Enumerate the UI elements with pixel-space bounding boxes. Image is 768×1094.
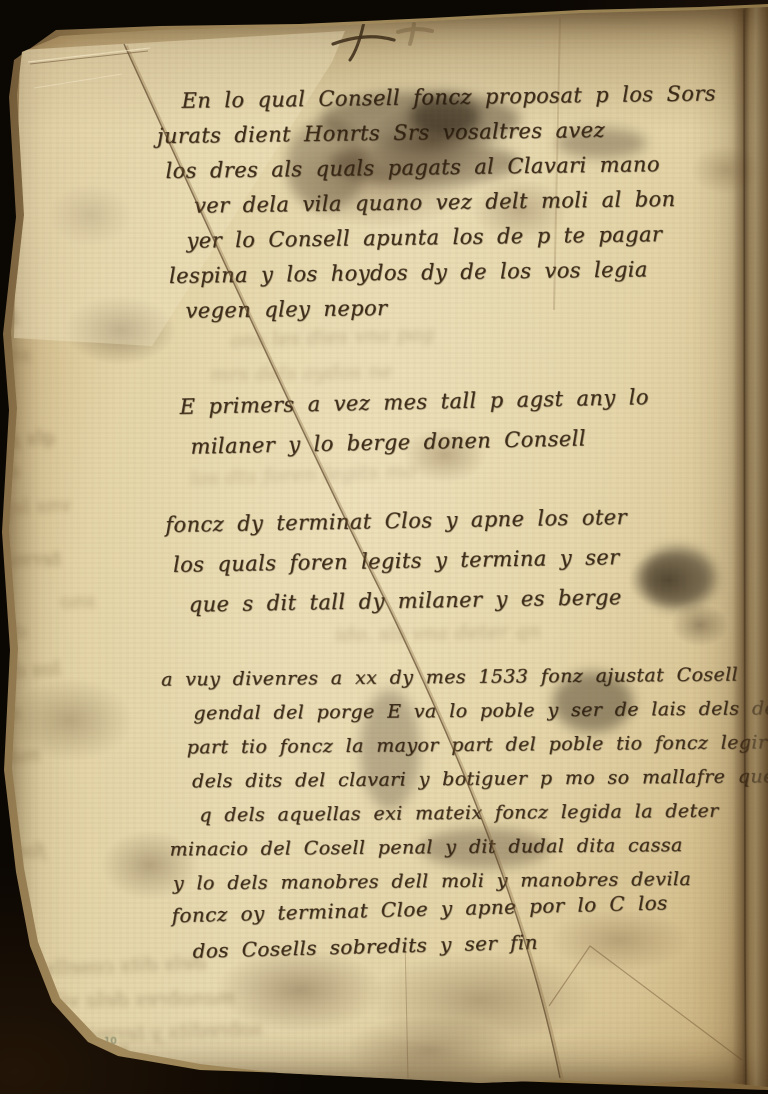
cross-mark-bleedthrough <box>398 24 432 44</box>
paragraph-2: E primers a vez mes tall p agst any lomi… <box>179 375 747 467</box>
manuscript-line: que s dit tall dy milaner y es berge <box>188 575 747 625</box>
manuscript-page: los mrs dels ons veysne mvo ersaqls pass… <box>0 0 768 1094</box>
paragraph-3: foncz dy terminat Clos y apne los oterlo… <box>165 495 747 625</box>
manuscript-line: a vuy divenres a xx dy mes 1533 fonz aju… <box>161 657 753 696</box>
corner-edge-line <box>30 51 148 64</box>
paragraph-5: foncz oy terminat Cloe y apne por lo C l… <box>171 883 733 970</box>
bleedthrough-line: manobres dela vila y dels mo <box>0 985 235 1015</box>
manuscript-line: gendal del porge E va lo poble y ser de … <box>193 691 753 730</box>
manuscript-photo: los mrs dels ons veysne mvo ersaqls pass… <box>0 0 768 1094</box>
bottom-crease <box>549 946 742 1060</box>
bleedthrough-line: sno <box>35 588 96 614</box>
manuscript-line: dels dits del clavari y botiguer p mo so… <box>192 759 754 798</box>
bleedthrough-line: ido. sls vna deter qn <box>335 618 575 646</box>
paragraph-1: En lo qual Consell foncz proposat p los … <box>156 76 759 329</box>
manuscript-line: minacio del Cosell penal y dit dudal dit… <box>169 827 754 866</box>
manuscript-line: vegen qley nepor <box>185 286 759 329</box>
bleedthrough-line: dos cosells fin <box>0 878 21 908</box>
cross-mark <box>333 22 394 60</box>
bleedthrough-line: sobredits y terminat fin <box>0 1016 263 1050</box>
corner-edge-line <box>34 74 122 88</box>
manuscript-line: part tio foncz la mayor part del poble t… <box>187 725 754 764</box>
corner-edge-line <box>28 48 150 62</box>
manuscript-line: q dels aquellas exi mateix foncz legida … <box>199 793 754 832</box>
paragraph-4: a vuy divenres a xx dy mes 1533 fonz aju… <box>161 657 755 900</box>
